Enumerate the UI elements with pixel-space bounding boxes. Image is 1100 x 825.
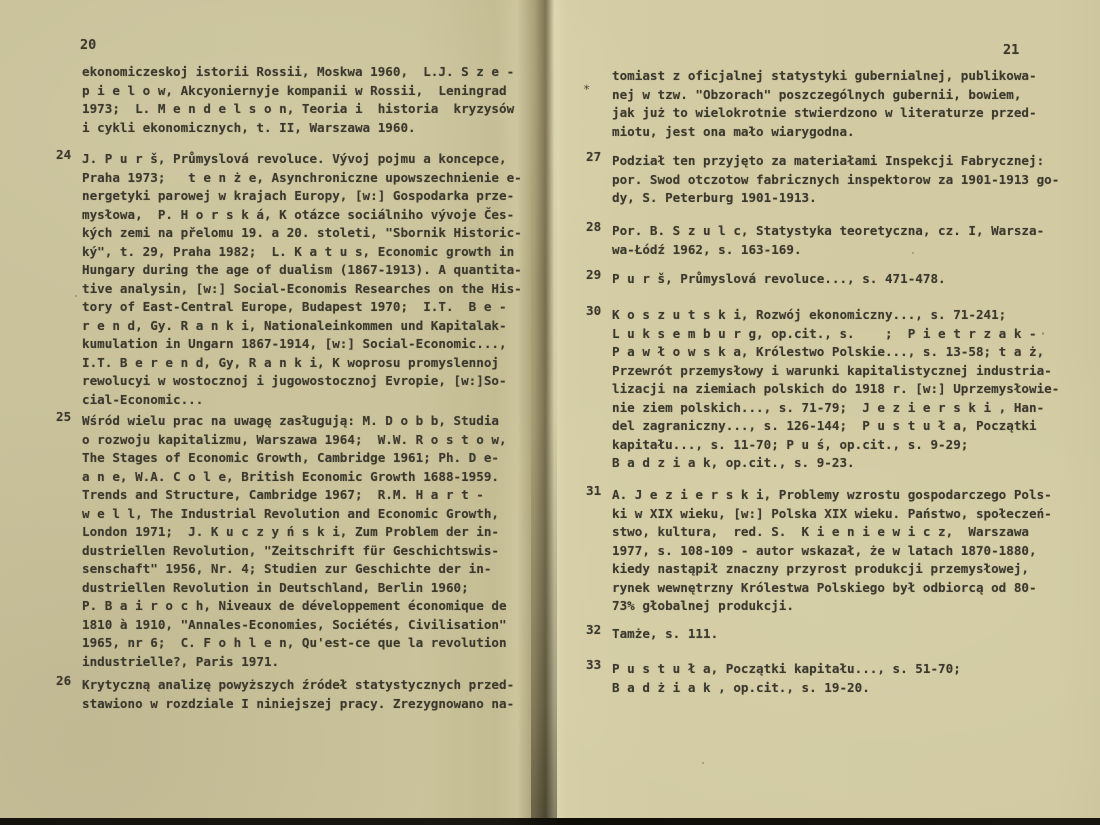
footnote-number: 30 <box>586 302 601 321</box>
text-line: dustriellen Revolution, "Zeitschrift für… <box>82 542 507 561</box>
footnote-32: 32Tamże, s. 111. <box>612 625 718 644</box>
text-line: London 1971; J. K u c z y ń s k i, Zum P… <box>82 523 507 542</box>
footnote-30: 30K o s z u t s k i, Rozwój ekonomiczny.… <box>612 306 1059 473</box>
text-line: senschaft" 1956, Nr. 4; Studien zur Gesc… <box>82 560 507 579</box>
text-line: stwo, kultura, red. S. K i e n i e w i c… <box>612 523 1052 542</box>
footnote-number: 32 <box>586 621 601 640</box>
text-line: ký", t. 29, Praha 1982; L. K a t u s, Ec… <box>82 243 522 262</box>
footnote-26: 26Krytyczną analizę powyższych źródeł st… <box>82 676 514 713</box>
footnote-28: 28Por. B. S z u l c, Statystyka teoretyc… <box>612 222 1044 259</box>
text-line: 1965, nr 6; C. F o h l e n, Qu'est-ce qu… <box>82 634 507 653</box>
footnote-number: 27 <box>586 148 601 167</box>
text-line: 1810 à 1910, "Annales-Economies, Société… <box>82 616 507 635</box>
text-line: r e n d, Gy. R a n k i, Nationaleinkomme… <box>82 317 522 336</box>
text-line: rewolucyi w wostocznoj i jugowostocznoj … <box>82 372 522 391</box>
text-line: kých zemi na přelomu 19. a 20. stoleti, … <box>82 224 522 243</box>
paper-speck <box>912 252 914 254</box>
footnote-29: 29P u r š, Průmyslová revoluce..., s. 47… <box>612 270 946 289</box>
text-line: industrielle?, Paris 1971. <box>82 653 507 672</box>
text-line: kiedy nastąpił znaczny przyrost produkcj… <box>612 560 1052 579</box>
text-line: nergetyki parowej w krajach Europy, [w:]… <box>82 187 522 206</box>
text-line: 73% głobalnej produkcji. <box>612 597 1052 616</box>
text-line: Tamże, s. 111. <box>612 625 718 644</box>
text-line: K o s z u t s k i, Rozwój ekonomiczny...… <box>612 306 1059 325</box>
page-number-left: 20 <box>80 37 96 53</box>
text-line: mysłowa, P. H o r s k á, K otázce sociál… <box>82 206 522 225</box>
text-line: ki w XIX wieku, [w:] Polska XIX wieku. P… <box>612 505 1052 524</box>
text-line: Krytyczną analizę powyższych źródeł stat… <box>82 676 514 695</box>
footnote-24: 24J. P u r š, Průmyslová revoluce. Vývoj… <box>82 150 522 409</box>
paper-speck <box>178 452 180 455</box>
text-line: stawiono w rozdziale I niniejszej pracy.… <box>82 695 514 714</box>
page-number-right: 21 <box>1003 42 1019 58</box>
text-line: P u s t u ł a, Początki kapitału..., s. … <box>612 660 961 679</box>
text-line: P. B a i r o c h, Niveaux de développeme… <box>82 597 507 616</box>
text-line: tomiast z oficjalnej statystyki gubernia… <box>612 67 1037 86</box>
footnote-number: 28 <box>586 218 601 237</box>
footnote-31: 31A. J e z i e r s k i, Problemy wzrostu… <box>612 486 1052 616</box>
text-line: dy, S. Peterburg 1901-1913. <box>612 189 1059 208</box>
scan-bottom-edge <box>0 818 1100 825</box>
text-line: o rozwoju kapitalizmu, Warszawa 1964; W.… <box>82 431 507 450</box>
continuation-paragraph: tomiast z oficjalnej statystyki gubernia… <box>612 67 1037 141</box>
text-line: ekonomiczeskoj istorii Rossii, Moskwa 19… <box>82 63 514 82</box>
text-line: p i e l o w, Akcyoniernyje kompanii w Ro… <box>82 82 514 101</box>
text-line: Podział ten przyjęto za materiałami Insp… <box>612 152 1059 171</box>
text-line: The Stages of Economic Growth, Cambridge… <box>82 449 507 468</box>
text-line: A. J e z i e r s k i, Problemy wzrostu g… <box>612 486 1052 505</box>
text-line: 1973; L. M e n d e l s o n, Teoria i his… <box>82 100 514 119</box>
footnote-number: 24 <box>56 146 71 165</box>
text-line: dustriellen Revolution in Deutschland, B… <box>82 579 507 598</box>
paper-speck <box>75 295 77 297</box>
text-line: B a d ż i a k , op.cit., s. 19-20. <box>612 679 961 698</box>
continuation-paragraph: ekonomiczeskoj istorii Rossii, Moskwa 19… <box>82 63 514 137</box>
paper-speck <box>1042 332 1044 335</box>
footnote-number: 31 <box>586 482 601 501</box>
book-page-scan: 20 ekonomiczeskoj istorii Rossii, Moskwa… <box>0 0 1100 825</box>
text-line: Por. B. S z u l c, Statystyka teoretyczn… <box>612 222 1044 241</box>
paper-speck <box>330 642 333 644</box>
text-line: Trends and Structure, Cambridge 1967; R.… <box>82 486 507 505</box>
text-line: kapitału..., s. 11-70; P u ś, op.cit., s… <box>612 436 1059 455</box>
text-line: lizacji na ziemiach polskich do 1918 r. … <box>612 380 1059 399</box>
footnote-number: 25 <box>56 408 71 427</box>
footnote-number: 29 <box>586 266 601 285</box>
footnote-27: 27Podział ten przyjęto za materiałami In… <box>612 152 1059 208</box>
text-line: Praha 1973; t e n ż e, Asynchroniczne up… <box>82 169 522 188</box>
footnote-33: 33P u s t u ł a, Początki kapitału..., s… <box>612 660 961 697</box>
text-line: i cykli ekonomicznych, t. II, Warszawa 1… <box>82 119 514 138</box>
text-line: J. P u r š, Průmyslová revoluce. Vývoj p… <box>82 150 522 169</box>
text-line: Wśród wielu prac na uwagę zasługują: M. … <box>82 412 507 431</box>
text-line: Hungary during the age of dualism (1867-… <box>82 261 522 280</box>
margin-asterisk-mark: ∗ <box>582 80 591 95</box>
text-line: tive analysin, [w:] Social-Economis Rese… <box>82 280 522 299</box>
text-line: I.T. B e r e n d, Gy, R a n k i, K wopro… <box>82 354 522 373</box>
text-line: rynek wewnętrzny Królestwa Polskiego był… <box>612 579 1052 598</box>
text-line: a n e, W.A. C o l e, British Economic Gr… <box>82 468 507 487</box>
text-line: P a w ł o w s k a, Królestwo Polskie...,… <box>612 343 1059 362</box>
text-line: del zagraniczny..., s. 126-144; P u s t … <box>612 417 1059 436</box>
footnote-number: 33 <box>586 656 601 675</box>
text-line: B a d z i a k, op.cit., s. 9-23. <box>612 454 1059 473</box>
text-line: w e l l, The Industrial Revolution and E… <box>82 505 507 524</box>
text-line: cial-Economic... <box>82 391 522 410</box>
text-line: 1977, s. 108-109 - autor wskazał, że w l… <box>612 542 1052 561</box>
text-line: nie ziem polskich..., s. 71-79; J e z i … <box>612 399 1059 418</box>
paper-speck <box>702 762 704 764</box>
text-line: P u r š, Průmyslová revoluce..., s. 471-… <box>612 270 946 289</box>
text-line: kumulation in Ungarn 1867-1914, [w:] Soc… <box>82 335 522 354</box>
text-line: Przewrót przemysłowy i warunki kapitalis… <box>612 362 1059 381</box>
text-line: miotu, jest ona mało wiarygodna. <box>612 123 1037 142</box>
text-line: L u k s e m b u r g, op.cit., s. ; P i e… <box>612 325 1059 344</box>
text-line: jak już to wielokrotnie stwierdzono w li… <box>612 104 1037 123</box>
text-line: tory of East-Central Europe, Budapest 19… <box>82 298 522 317</box>
book-gutter <box>531 0 557 825</box>
text-line: wa-Łódź 1962, s. 163-169. <box>612 241 1044 260</box>
text-line: nej w tzw. "Obzorach" poszczególnych gub… <box>612 86 1037 105</box>
footnote-number: 26 <box>56 672 71 691</box>
text-line: por. Swod otczotow fabricznych inspektor… <box>612 171 1059 190</box>
footnote-25: 25Wśród wielu prac na uwagę zasługują: M… <box>82 412 507 671</box>
